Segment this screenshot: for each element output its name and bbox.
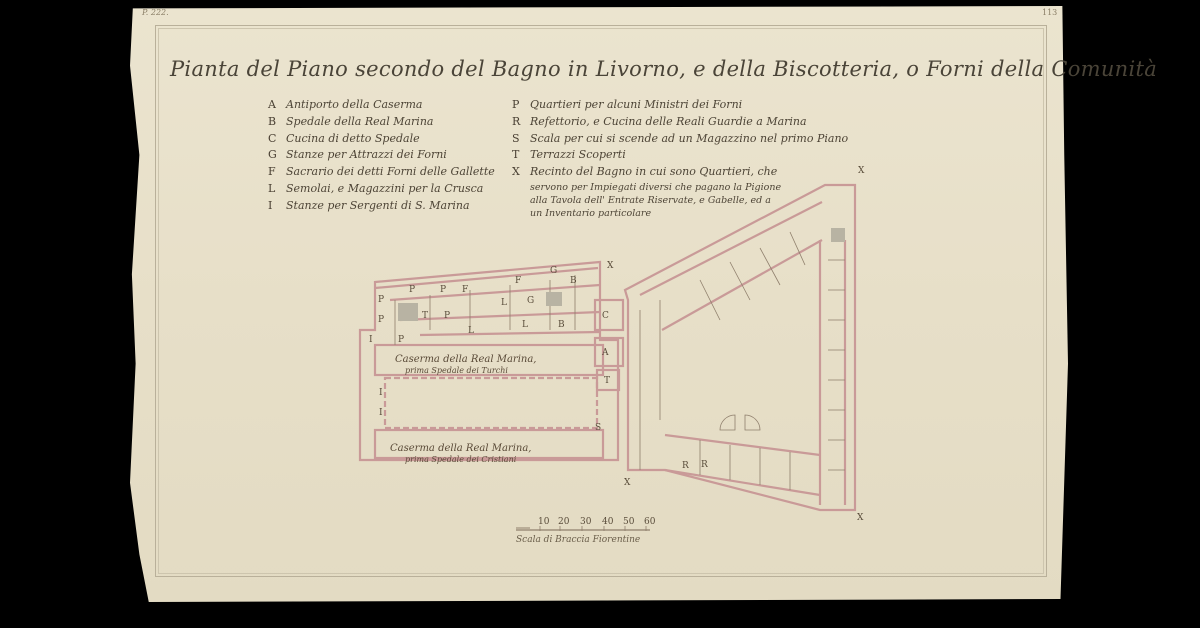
svg-text:F: F xyxy=(515,276,521,286)
courtyard-west xyxy=(385,378,597,428)
caserma-turchi-label-2: prima Spedale dei Turchi xyxy=(405,366,508,375)
svg-text:30: 30 xyxy=(580,517,592,527)
svg-text:L: L xyxy=(468,326,474,336)
shaded-cistern xyxy=(831,228,845,242)
shaded-cistern xyxy=(398,303,418,321)
svg-text:10: 10 xyxy=(538,517,550,527)
svg-text:P: P xyxy=(398,335,404,345)
svg-text:A: A xyxy=(601,348,609,358)
svg-text:40: 40 xyxy=(602,517,614,527)
svg-text:P: P xyxy=(378,295,384,305)
svg-text:C: C xyxy=(602,311,609,321)
stair-fan-left xyxy=(720,415,735,430)
scale-bar: 10 20 30 40 50 60 xyxy=(516,517,656,531)
svg-text:I: I xyxy=(379,408,383,418)
svg-text:G: G xyxy=(527,296,534,306)
svg-text:20: 20 xyxy=(558,517,570,527)
svg-text:I: I xyxy=(369,335,373,345)
svg-text:X: X xyxy=(607,261,614,271)
svg-text:60: 60 xyxy=(644,517,656,527)
caserma-cristiani-label-2: prima Spedale dei Cristiani xyxy=(405,455,517,464)
svg-text:B: B xyxy=(570,276,577,286)
svg-text:P: P xyxy=(378,315,384,325)
stair-fan-right xyxy=(745,415,760,430)
caserma-cristiani-label-1: Caserma della Real Marina, xyxy=(390,443,531,454)
svg-text:L: L xyxy=(522,320,528,330)
svg-text:I: I xyxy=(379,388,383,398)
svg-text:X: X xyxy=(857,513,864,523)
svg-text:R: R xyxy=(682,461,689,471)
caserma-turchi-label-1: Caserma della Real Marina, xyxy=(395,354,536,365)
svg-text:X: X xyxy=(624,478,631,488)
svg-text:P: P xyxy=(440,285,446,295)
floor-plan: PP PPF FGB TPL GLL BCA TII IPS RR XX XX … xyxy=(0,0,1200,628)
svg-text:G: G xyxy=(550,266,557,276)
svg-text:P: P xyxy=(409,285,415,295)
svg-text:B: B xyxy=(558,320,565,330)
svg-text:F: F xyxy=(462,285,468,295)
svg-text:P: P xyxy=(444,311,450,321)
svg-text:S: S xyxy=(595,423,601,433)
svg-text:50: 50 xyxy=(623,517,635,527)
svg-text:T: T xyxy=(422,311,428,321)
svg-text:T: T xyxy=(604,376,610,386)
shaded-cistern xyxy=(546,292,562,306)
svg-text:X: X xyxy=(858,166,865,176)
scale-label: Scala di Braccia Fiorentine xyxy=(516,535,640,545)
svg-text:R: R xyxy=(701,460,708,470)
svg-text:L: L xyxy=(501,298,507,308)
